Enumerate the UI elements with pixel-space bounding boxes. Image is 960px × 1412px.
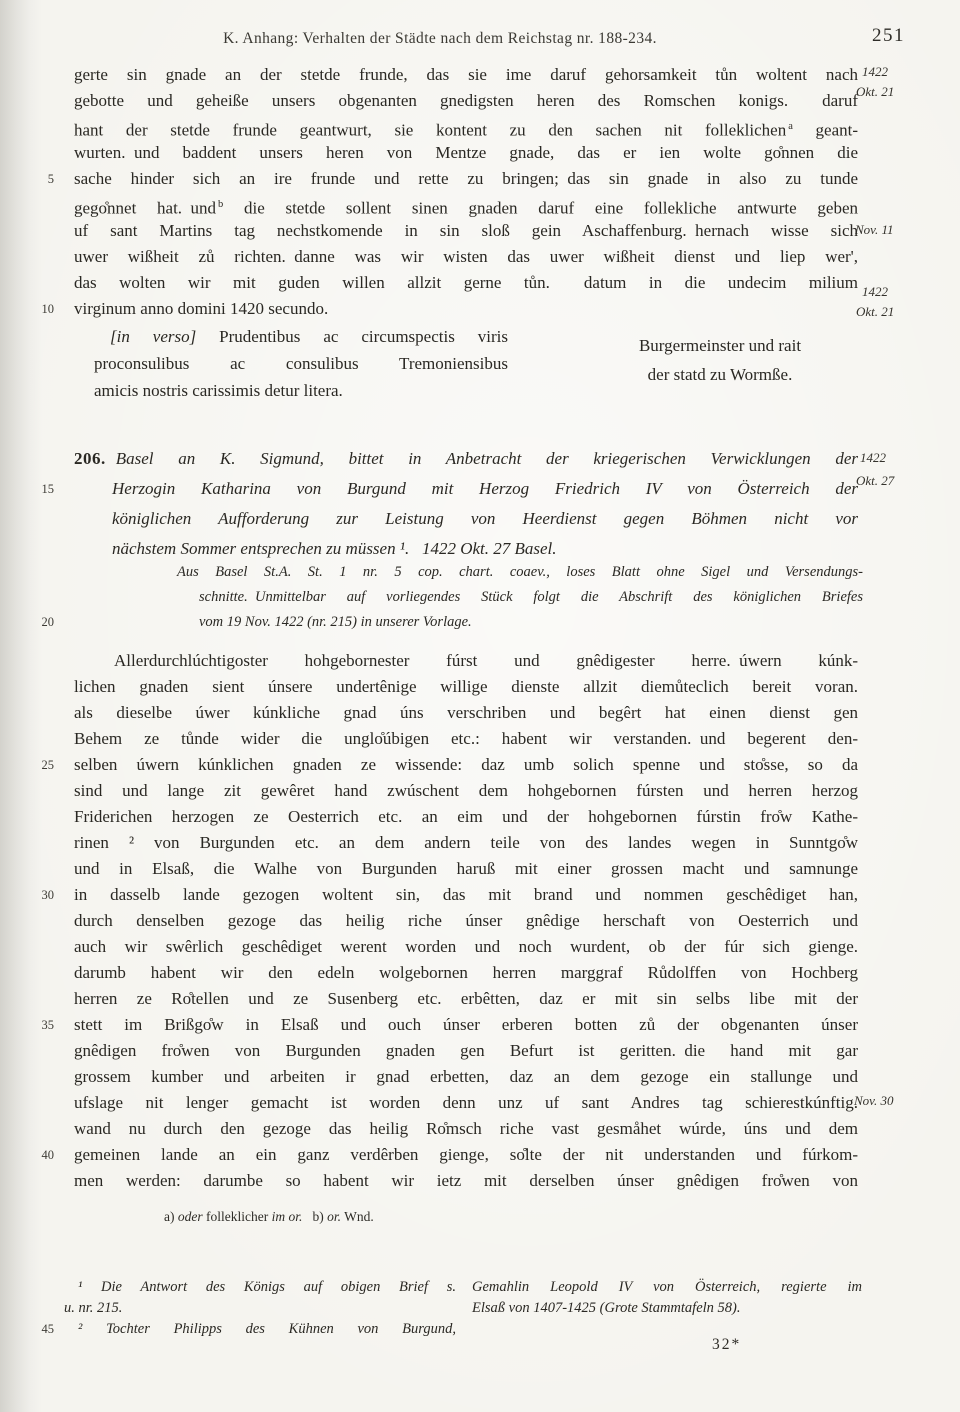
text-line: auch wir swêrlich geschêdiget werent wor…: [74, 934, 858, 960]
text-line: sache hinder sich an ire frunde und rett…: [74, 166, 858, 192]
address-block-sender: Burgermeinster und rait der statd zu Wor…: [598, 331, 842, 389]
text-line: uwer wißheit zů richten. danne was wir w…: [74, 244, 858, 270]
line-number-35: 35: [28, 1017, 54, 1033]
text-line: men werden: darumbe so habent wir ietz m…: [74, 1168, 858, 1194]
text-line: virginum anno domini 1420 secundo.: [74, 296, 858, 322]
text-line: Burgermeinster und rait: [598, 331, 842, 360]
text-line: stett im Brißgo̊w in Elsaß und ouch únse…: [74, 1012, 858, 1038]
text-line: hant der stetde frunde geantwurt, sie ko…: [74, 114, 858, 140]
entry-number: 206.: [74, 449, 106, 468]
text-line: uf sant Martins tag nechstkomende in sin…: [74, 218, 858, 244]
line-number-5: 5: [28, 171, 54, 187]
text-line: gebotte und geheiße unsers obgenanten gn…: [74, 88, 858, 114]
footnote-line: ² Tochter Philipps des Kühnen von Burgun…: [64, 1319, 456, 1340]
address-block-latin: [in verso] Prudentibus ac circumspectis …: [94, 323, 508, 404]
text-line: Aus Basel St.A. St. 1 nr. 5 cop. chart. …: [199, 560, 863, 585]
text-line: gemeinen lande an ein ganz verdêrben gie…: [74, 1142, 858, 1168]
page-gutter-shadow: [0, 0, 42, 1412]
text-line: Allerdurchlúchtigoster hohgebornester fú…: [74, 648, 858, 674]
line-number-20: 20: [28, 614, 54, 630]
text-line: herren ze Ro̊tellen und ze Susenberg etc…: [74, 986, 858, 1012]
line-number-15: 15: [28, 481, 54, 497]
text-line: Friderichen herzogen ze Oesterrich etc. …: [74, 804, 858, 830]
apparatus-note: a) oder folleklicher im or. b) or. Wnd.: [164, 1208, 374, 1226]
footnote-line: Elsaß von 1407-1425 (Grote Stammtafeln 5…: [472, 1298, 862, 1319]
text-line: proconsulibus ac consulibus Tremoniensib…: [94, 350, 508, 377]
scanned-book-page: K. Anhang: Verhalten der Städte nach dem…: [0, 0, 960, 1412]
text-line: in dasselb lande gezogen woltent sin, da…: [74, 882, 858, 908]
text-line: sind und lange zit gewêret hand zwúschen…: [74, 778, 858, 804]
line-number-45: 45: [28, 1321, 54, 1337]
text-line: schnitte. Unmittelbar auf vorliegendes S…: [199, 585, 863, 610]
in-verso-label: [in verso]: [110, 327, 196, 346]
text-line: und in Elsaß, die Walhe von Burgunden ha…: [74, 856, 858, 882]
text-line: rinen ² von Burgunden etc. an dem andern…: [74, 830, 858, 856]
footnote-line: ¹ Die Antwort des Königs auf obigen Brie…: [64, 1277, 456, 1298]
line-number-25: 25: [28, 757, 54, 773]
text-line: wurten. und baddent unsers heren von Men…: [74, 140, 858, 166]
text-line: grossem kumber und arbeiten ir gnad erbe…: [74, 1064, 858, 1090]
text-line: gnêdigen fro̊wen von Burgunden gnaden ge…: [74, 1038, 858, 1064]
text-line: [in verso] Prudentibus ac circumspectis …: [94, 323, 508, 350]
line-number-30: 30: [28, 887, 54, 903]
margin-date-day: Nov. 30: [854, 1092, 893, 1110]
text-line: vom 19 Nov. 1422 (nr. 215) in unserer Vo…: [199, 610, 863, 635]
margin-date-day: Okt. 27: [856, 472, 894, 490]
text-line: wand nu durch den gezoge das heilig Ro̊m…: [74, 1116, 858, 1142]
entry-206-heading: 206.Basel an K. Sigmund, bittet in Anbet…: [74, 444, 858, 564]
text-line: der statd zu Wormße.: [598, 360, 842, 389]
footnote-line: Gemahlin Leopold IV von Österreich, regi…: [472, 1277, 862, 1298]
line-number-10: 10: [28, 301, 54, 317]
text-line: gerte sin gnade an der stetde frunde, da…: [74, 62, 858, 88]
footnote-left-column: ¹ Die Antwort des Königs auf obigen Brie…: [64, 1277, 456, 1340]
text-line: gego̊nnet hat. undb die stetde sollent s…: [74, 192, 858, 218]
source-note: Aus Basel St.A. St. 1 nr. 5 cop. chart. …: [199, 560, 863, 635]
footnote-right-column: Gemahlin Leopold IV von Österreich, regi…: [472, 1277, 862, 1319]
text-line: selben úwern kúnklichen gnaden ze wissen…: [74, 752, 858, 778]
text-line: ufslage nit lenger gemacht ist worden de…: [74, 1090, 858, 1116]
running-title: K. Anhang: Verhalten der Städte nach dem…: [130, 30, 750, 48]
margin-date-day: Nov. 11: [855, 221, 894, 239]
entry-205-text: gerte sin gnade an der stetde frunde, da…: [74, 62, 858, 322]
margin-date-year: 1422: [860, 449, 886, 467]
text-line: durch denselben gezoge das heilig riche …: [74, 908, 858, 934]
page-number: 251: [872, 25, 905, 47]
text-line: amicis nostris carissimis detur litera.: [94, 377, 508, 404]
text-line: lichen gnaden sient únsere undertênige w…: [74, 674, 858, 700]
line-number-40: 40: [28, 1147, 54, 1163]
margin-date-year: 1422: [862, 63, 888, 81]
text-line: königlichen Aufforderung zur Leistung vo…: [74, 504, 858, 534]
entry-206-body: Allerdurchlúchtigoster hohgebornester fú…: [74, 648, 858, 1194]
text-line: Herzogin Katharina von Burgund mit Herzo…: [74, 474, 858, 504]
signature-mark: 32*: [712, 1336, 741, 1354]
margin-date-year: 1422: [862, 283, 888, 301]
text-line: das wolten wir mit guden willen allzit g…: [74, 270, 858, 296]
margin-date-day: Okt. 21: [856, 83, 894, 101]
footnote-line: u. nr. 215.: [64, 1298, 456, 1319]
text-line: darumb habent wir den edeln wolgebornen …: [74, 960, 858, 986]
text-line: 206.Basel an K. Sigmund, bittet in Anbet…: [74, 444, 858, 474]
margin-date-day: Okt. 21: [856, 303, 894, 321]
text-line: als dieselbe úwer kúnkliche gnad úns ver…: [74, 700, 858, 726]
text-line: Behem ze tůnde wider die unglo̊úbigen et…: [74, 726, 858, 752]
